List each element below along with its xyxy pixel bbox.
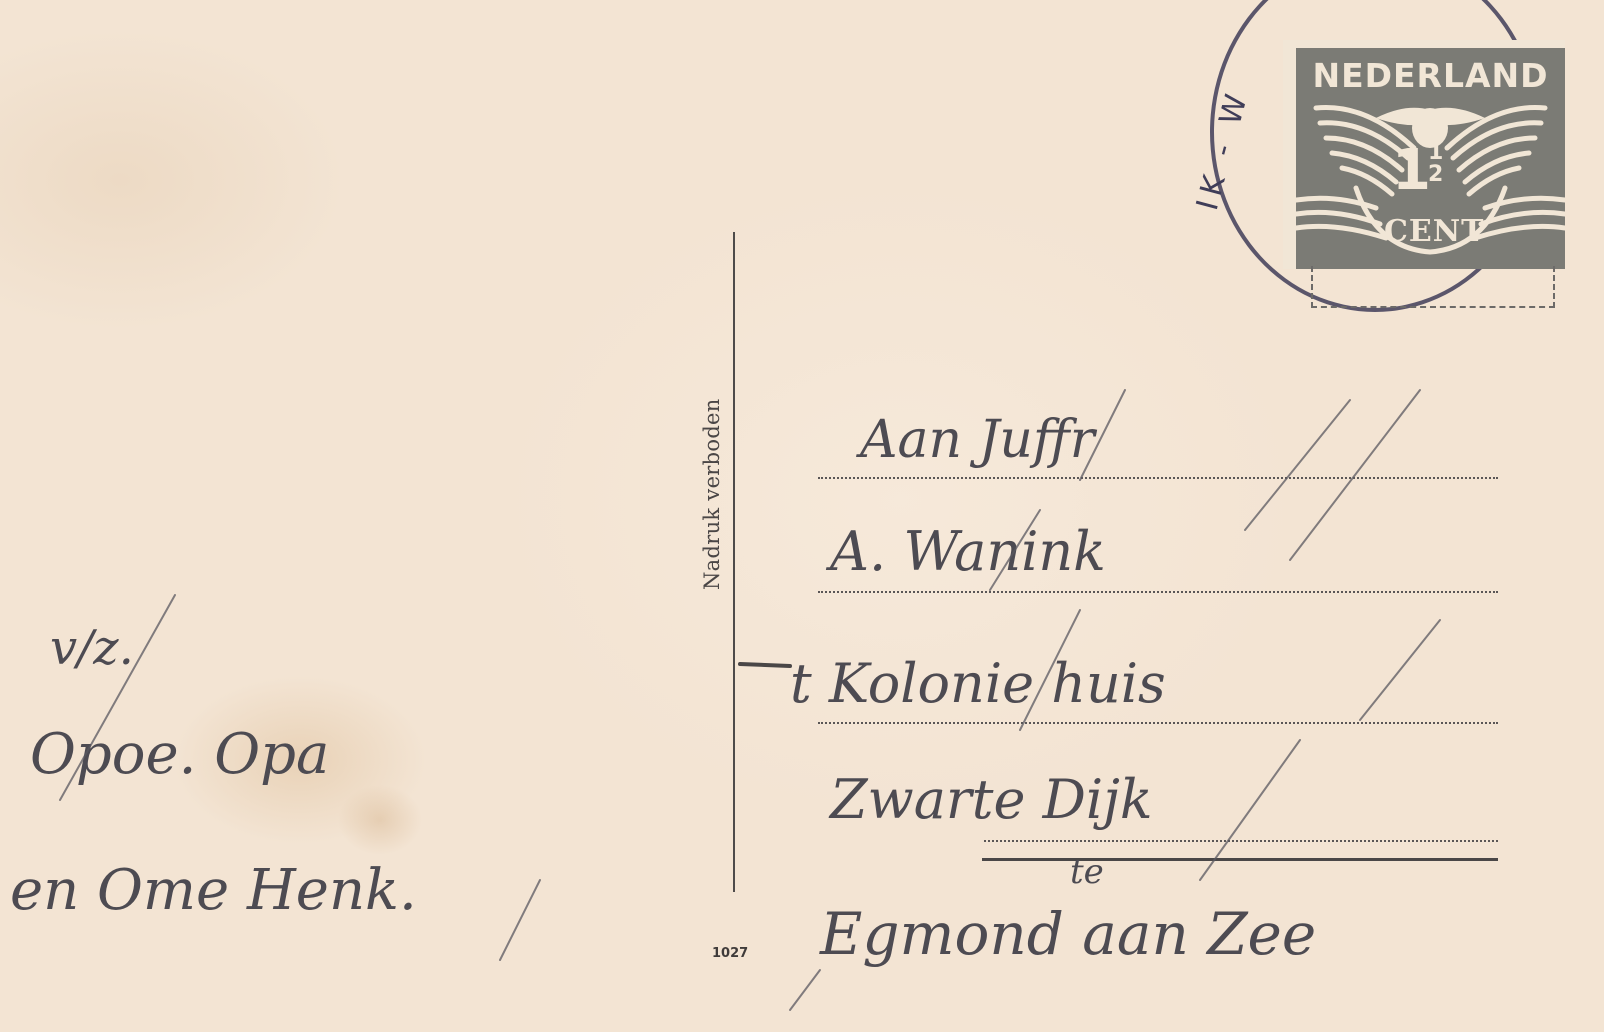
- postage-stamp: NEDERLAND: [1283, 40, 1565, 269]
- nadruk-verboden-label: Nadruk verboden: [700, 320, 724, 590]
- message-handwritten-2: Opoe. Opa: [30, 722, 329, 787]
- postcard-back: Nadruk verboden 1027 NEDERLAND: [0, 0, 1604, 1032]
- address-handwritten-4: Zwarte Dijk: [830, 768, 1153, 831]
- address-handwritten-5: te: [1070, 852, 1104, 892]
- address-handwritten-1: Aan Juffr: [860, 410, 1095, 470]
- stamp-currency: CENT: [1384, 214, 1485, 249]
- address-line-4: [984, 840, 1498, 842]
- address-handwritten-6: Egmond aan Zee: [820, 900, 1316, 968]
- message-handwritten-1: v/z.: [50, 620, 134, 676]
- stamp-face: NEDERLAND: [1296, 48, 1565, 269]
- address-handwritten-3: t Kolonie huis: [790, 652, 1166, 715]
- address-handwritten-2: A. Wanink: [830, 520, 1106, 583]
- center-divider-line: [733, 232, 735, 892]
- stamp-placement-box: [1311, 266, 1555, 308]
- card-number: 1027: [712, 946, 748, 961]
- stamp-value-whole: 1: [1392, 138, 1431, 203]
- stamp-value-fraction: 1 2: [1428, 142, 1443, 186]
- address-underline-solid: [982, 858, 1498, 861]
- address-line-1: [818, 477, 1498, 479]
- address-line-2: [818, 591, 1498, 593]
- address-line-3: [818, 722, 1498, 724]
- message-handwritten-3: en Ome Henk.: [10, 858, 417, 923]
